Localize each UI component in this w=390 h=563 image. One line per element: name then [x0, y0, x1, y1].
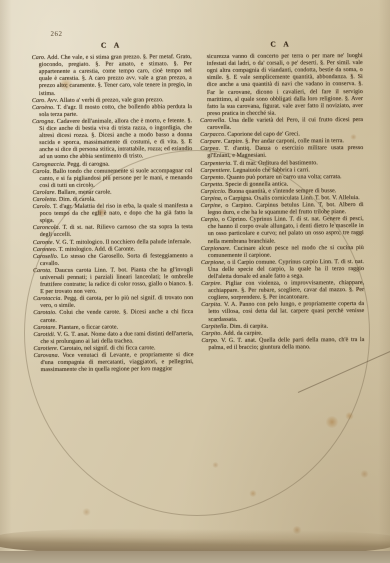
- entry-text: . V. G. T. anat. Nome dato a due rami di…: [40, 331, 193, 345]
- entry-term: Carovella: [200, 118, 224, 124]
- dictionary-entry: Carotaio. Colui che vende carote. §. Dic…: [33, 309, 193, 324]
- entry-text: , o Carpigna. Oxalis corniculata Linn. T…: [221, 195, 360, 202]
- dictionary-column-left: C A Caro. Add. Che vale, e si stima gran…: [32, 41, 194, 374]
- entry-term: Carotaio: [33, 310, 55, 316]
- entry-term: Carota: [33, 268, 50, 274]
- entry-term: Carotiere: [33, 346, 56, 352]
- entry-term: Carpacco: [200, 132, 224, 138]
- dictionary-entry: Carogna. Cadavere dell'animale, allora c…: [32, 118, 192, 162]
- entry-term: Carpito: [201, 331, 220, 337]
- entry-term: Caro: [32, 98, 44, 104]
- entry-text: . T. d'agr. Il mosto cotto, che bollendo…: [39, 104, 192, 118]
- entry-term: Carogna: [32, 119, 54, 125]
- entry-term: Carpionare: [201, 245, 229, 251]
- entry-term: Carpiccio: [200, 189, 224, 195]
- entry-text: . T. di st. nat. Rilievo carnoso che sta…: [40, 224, 193, 238]
- entry-text: . Add. Che vale, e si stima gran prezzo.…: [39, 54, 192, 96]
- dictionary-entry: Carpire. Pigliar con violenza, o improvv…: [201, 280, 364, 302]
- entry-term: Carolo: [33, 204, 50, 210]
- entry-term: Caronteo: [33, 246, 56, 252]
- entry-term: Carpio: [201, 217, 218, 223]
- entry-term: Carpare: [200, 139, 221, 145]
- entry-term: Carovana: [33, 353, 57, 359]
- entry-term: Carotidi: [33, 332, 54, 338]
- scanned-book-page: 262 C A Caro. Add. Che vale, e si stima …: [0, 0, 390, 563]
- dictionary-entry: Carpio, o Ciprino. Cyprinus Linn. T. di …: [201, 216, 364, 245]
- entry-text: . T. di mar. Orditura del bastimento.: [230, 160, 318, 167]
- entry-term: Carpenteria: [200, 160, 230, 166]
- entry-text: . Quanto può portare un carro una volta;…: [223, 174, 341, 181]
- dictionary-entry: Caroèno. T. d'agr. Il mosto cotto, che b…: [32, 104, 192, 119]
- entry-text: . Avv. Allato a' verbi di prezzo, vale g…: [44, 97, 163, 104]
- book-edge-below: [0, 551, 390, 563]
- entry-text: . Colui che vende carote. §. Dicesi anch…: [40, 309, 193, 323]
- entry-text: . Caporione del capo de' Greci.: [224, 131, 300, 137]
- entry-text: . Pigliar con violenza, o improvvisament…: [208, 280, 364, 301]
- entry-text: . Ballare, menar carole.: [54, 189, 111, 195]
- entry-term: Carotare: [33, 325, 55, 331]
- column-header-left: C A: [32, 41, 192, 49]
- page-number: 262: [50, 30, 62, 38]
- entry-term: Carpina: [200, 196, 220, 202]
- dictionary-entry: Carpita. V. A. Panno con pelo lungo, e p…: [201, 301, 364, 323]
- dictionary-entry: Carota. Daucus carota Linn. T. bot. Pian…: [33, 267, 193, 296]
- entry-text: . Piantare, o ficcar carote.: [55, 324, 118, 330]
- entry-text: . V. G. T. anat. Quella delle parti dell…: [208, 337, 364, 351]
- entry-text: . Cadavere dell'animale, allora che è mo…: [39, 118, 192, 160]
- entry-text: . Voce venutaci di Levante, e propriamen…: [40, 352, 193, 373]
- dictionary-entry: Carola. Ballo tondo che comunemente si s…: [32, 168, 192, 190]
- entry-term: Carola: [32, 168, 49, 174]
- entry-term: Caro: [32, 55, 44, 61]
- dictionary-entry: Carolo. T. d'agr. Malattia del riso in e…: [33, 203, 193, 225]
- entry-continuation: sicurezza vanno di concerto per terra o …: [200, 53, 363, 118]
- entry-text: . T. d'agr. Malattia del riso in erba, l…: [40, 203, 193, 224]
- entry-text: . Add. da carpire.: [220, 330, 262, 336]
- dictionary-entry: Carpine, o Carpino. Carpinus betulus Lin…: [201, 202, 364, 217]
- entry-text: . Pegg. di carota, per lo più nel signif…: [40, 295, 193, 309]
- entry-text: . V. G. T. mitologico. Il nocchiero dell…: [53, 239, 192, 246]
- dictionary-entry: Carpione, o il Carpio comune. Cyprinus c…: [201, 259, 364, 281]
- printed-text-block: 262 C A Caro. Add. Che vale, e si stima …: [0, 0, 390, 563]
- entry-text: , o il Carpio comune. Cyprinus carpio Li…: [208, 259, 364, 280]
- dictionary-entry: Caro. Add. Che vale, e si stima gran pre…: [32, 54, 192, 98]
- entry-text: . Una delle varietà del Pero, il cui fru…: [207, 117, 363, 131]
- dictionary-entry: Carpionare. Cucinare alcun pesce nel mod…: [201, 245, 364, 260]
- entry-term: Carognaccia: [32, 161, 64, 167]
- entry-text: . Ballo tondo che comunemente si suole a…: [39, 168, 192, 189]
- entry-term: Carosello: [33, 254, 57, 260]
- entry-term: Carpea: [200, 146, 218, 152]
- entry-text: . Carotaio, nel signif. di chi ficca car…: [57, 345, 156, 352]
- dictionary-entry: Carotidi. V. G. T. anat. Nome dato a due…: [33, 331, 193, 346]
- entry-term: Carpentiere: [200, 167, 229, 173]
- entry-term: Carpita: [201, 302, 220, 308]
- dictionary-column-right: C A sicurezza vanno di concerto per terr…: [200, 40, 365, 352]
- dictionary-entry: Carosello. Lo stesso che Garosello. Sort…: [33, 253, 193, 268]
- entry-text: . T. d'antiq. Danza o esercizio militare…: [207, 145, 363, 159]
- entry-text: . Specie di gonnella antica.: [222, 181, 288, 187]
- entry-text: . Legnaiuolo che fabbrica i carri.: [230, 167, 310, 173]
- entry-text: . Dim. di carpita.: [226, 323, 268, 329]
- entry-term: Caroncola: [33, 225, 59, 231]
- entry-term: Carpine: [201, 203, 221, 209]
- entry-text: . Daucus carota Linn. T. bot. Pianta che…: [40, 267, 193, 295]
- entry-term: Carotaccia: [33, 296, 60, 302]
- dictionary-entry: Carpo. V. G. T. anat. Quella delle parti…: [201, 337, 364, 352]
- entry-term: Carpetta: [200, 182, 222, 188]
- entry-text: . Carpire. §. Per andar carponi, colle m…: [221, 138, 344, 145]
- dictionary-entry: Caroncola. T. di st. nat. Rilievo carnos…: [33, 224, 193, 239]
- entry-term: Caronte: [33, 239, 53, 245]
- entry-term: Caroletta: [32, 197, 55, 203]
- entries-left: Caro. Add. Che vale, e si stima gran pre…: [32, 54, 194, 374]
- entry-text: . Cucinare alcun pesce nel modo che si c…: [208, 245, 364, 259]
- entry-term: Carolare: [32, 190, 54, 196]
- entry-term: Caroèno: [32, 105, 53, 111]
- entry-text: . Lo stesso che Garosello. Sorta di fest…: [40, 253, 193, 267]
- entry-text: . T. mitologico. Add. di Caronte.: [56, 246, 135, 252]
- dictionary-entry: Carpea. T. d'antiq. Danza o esercizio mi…: [200, 145, 363, 160]
- dictionary-entry: Carovana. Voce venutaci di Levante, e pr…: [33, 352, 193, 374]
- entry-term: Carpento: [200, 175, 223, 181]
- entry-text: . Buona quantità, e s'intende sempre di …: [225, 188, 336, 195]
- entries-right: Carovella. Una delle varietà del Pero, i…: [200, 117, 364, 352]
- entry-term: Carpitella: [201, 323, 226, 329]
- entry-term: Carpione: [201, 260, 224, 266]
- column-header-right: C A: [200, 40, 363, 48]
- entry-text: . Dim. di carola.: [56, 197, 96, 203]
- entry-text: . V. A. Panno con pelo lungo, e propriam…: [208, 301, 364, 322]
- entry-text: , o Carpino. Carpinus betulus Linn. T. b…: [208, 202, 364, 216]
- dictionary-entry: Carovella. Una delle varietà del Pero, i…: [200, 117, 363, 132]
- entry-text: , o Ciprino. Cyprinus Linn. T. di st. na…: [208, 216, 364, 244]
- entry-term: Carpire: [201, 281, 220, 287]
- entry-text: . Pegg. di carogna.: [64, 161, 110, 167]
- entry-term: Carpo: [201, 338, 217, 344]
